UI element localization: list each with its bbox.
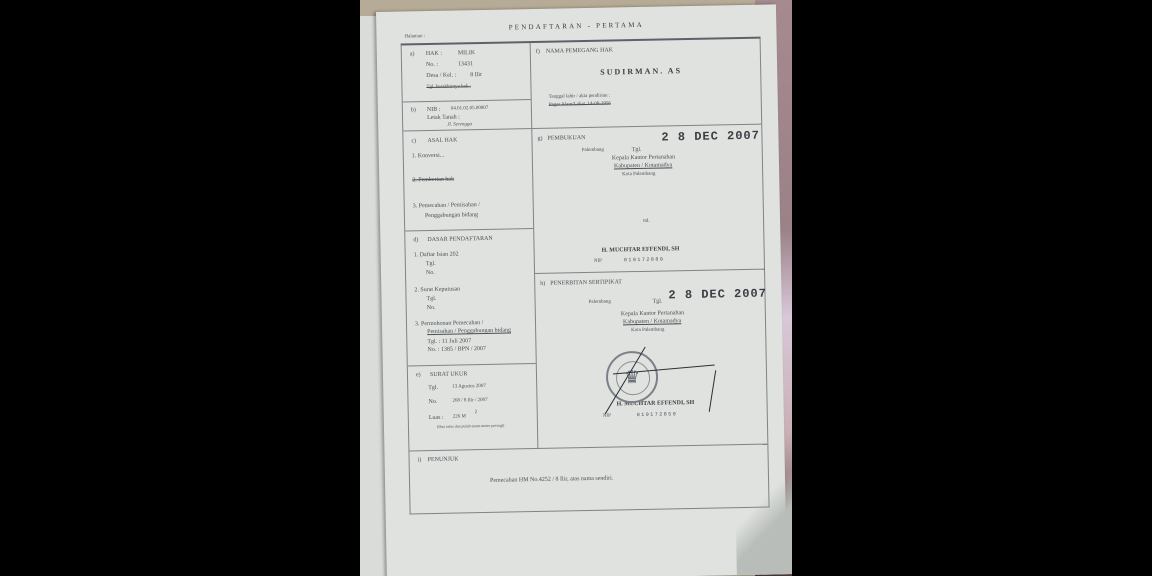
section-pembukuan: g) PEMBUKUAN 2 8 DEC 2007 Palembang Tgl.…	[402, 39, 760, 46]
land-certificate-page: PENDAFTARAN - PERTAMA Halaman : a) HAK :…	[376, 4, 787, 576]
section-nib: b) NIB : 04.01.02.05.00807 Letak Tanah :…	[402, 39, 760, 46]
penerbitan-date-stamp: 2 8 DEC 2007	[668, 287, 767, 303]
document-photo: PENDAFTARAN - PERTAMA Halaman : a) HAK :…	[360, 0, 792, 576]
hak-type: MILIK	[458, 50, 475, 56]
section-surat-ukur: e) SURAT UKUR Tgl. 13 Agustus 2007 No. 2…	[402, 39, 760, 46]
section-penerbitan: h) PENERBITAN SERTIPIKAT 2 8 DEC 2007 Pa…	[402, 39, 760, 46]
section-penunjuk: i) PENUNJUK Pemecahan HM No.4252 / 8 Ili…	[402, 39, 760, 46]
letak-value: Jl. Serengga	[447, 122, 472, 127]
register-table: a) HAK : MILIK No. : 13431 Desa / Kel. :…	[401, 37, 770, 515]
document-title: PENDAFTARAN - PERTAMA	[376, 18, 776, 34]
holder-name: SUDIRMAN. AS	[600, 66, 682, 77]
official-seal-stamp: ♛	[606, 351, 659, 404]
hak-number: 13431	[458, 61, 473, 67]
surat-ukur-date: 13 Agustus 2007	[452, 384, 486, 390]
pembukuan-official: H. MUCHTAR EFFENDI, SH	[602, 246, 680, 253]
pembukuan-date-stamp: 2 8 DEC 2007	[661, 129, 760, 145]
section-dasar-pendaftaran: d) DASAR PENDAFTARAN 1. Daftar Isian 202…	[402, 39, 760, 46]
surat-ukur-number: 268 / 8 Ilir / 2007	[452, 398, 487, 404]
area-value: 226 M	[453, 414, 466, 419]
permohonan-date: Tgl. : 11 Juli 2007	[427, 338, 471, 345]
desa-value: 8 Ilir	[470, 72, 482, 78]
page-label: Halaman :	[404, 34, 425, 39]
section-hak: a) HAK : MILIK No. : 13431 Desa / Kel. :…	[402, 39, 760, 46]
birth-value: Pagar Alam/Lahat, 14-08-1956	[549, 102, 611, 108]
section-holder: f) NAMA PEMEGANG HAK SUDIRMAN. AS Tangga…	[402, 39, 760, 46]
permohonan-number: No. : 1385 / BPN / 2007	[427, 346, 486, 353]
penunjuk-text: Pemecahan HM No.4252 / 8 Ilir, atas nama…	[490, 476, 613, 484]
nib-value: 04.01.02.05.00807	[451, 106, 489, 112]
area-in-words: (Dua ratus dua puluh enam meter persegi)	[437, 423, 504, 429]
section-asal-hak: c) ASAL HAK 1. Konversi... 2. Pemberian …	[402, 39, 760, 46]
